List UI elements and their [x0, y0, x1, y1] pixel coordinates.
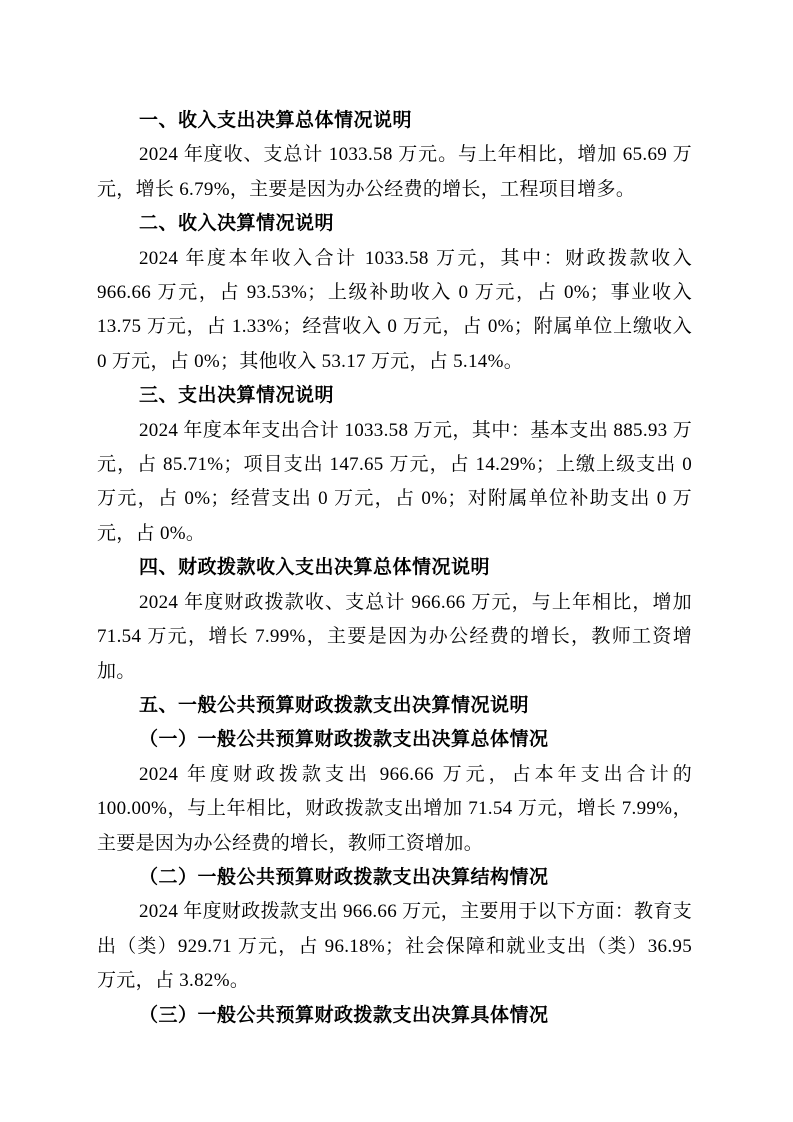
paragraph-1: 2024 年度收、支总计 1033.58 万元。与上年相比，增加 65.69 万…: [97, 138, 692, 207]
subheading-5-2: （二）一般公共预算财政拨款支出决算结构情况: [97, 861, 692, 895]
paragraph-2: 2024 年度本年收入合计 1033.58 万元，其中：财政拨款收入 966.6…: [97, 242, 692, 380]
heading-4: 四、财政拨款收入支出决算总体情况说明: [97, 551, 692, 585]
heading-3: 三、支出决算情况说明: [97, 379, 692, 413]
paragraph-5-1: 2024 年度财政拨款支出 966.66 万元，占本年支出合计的 100.00%…: [97, 758, 692, 861]
paragraph-5-2: 2024 年度财政拨款支出 966.66 万元，主要用于以下方面：教育支出（类）…: [97, 895, 692, 998]
heading-5: 五、一般公共预算财政拨款支出决算情况说明: [97, 689, 692, 723]
subheading-5-1: （一）一般公共预算财政拨款支出决算总体情况: [97, 723, 692, 757]
paragraph-3: 2024 年度本年支出合计 1033.58 万元，其中：基本支出 885.93 …: [97, 414, 692, 552]
paragraph-4: 2024 年度财政拨款收、支总计 966.66 万元，与上年相比，增加 71.5…: [97, 586, 692, 689]
subheading-5-3: （三）一般公共预算财政拨款支出决算具体情况: [97, 999, 692, 1033]
document-page: 一、收入支出决算总体情况说明 2024 年度收、支总计 1033.58 万元。与…: [0, 0, 793, 1122]
heading-2: 二、收入决算情况说明: [97, 207, 692, 241]
heading-1: 一、收入支出决算总体情况说明: [97, 104, 692, 138]
